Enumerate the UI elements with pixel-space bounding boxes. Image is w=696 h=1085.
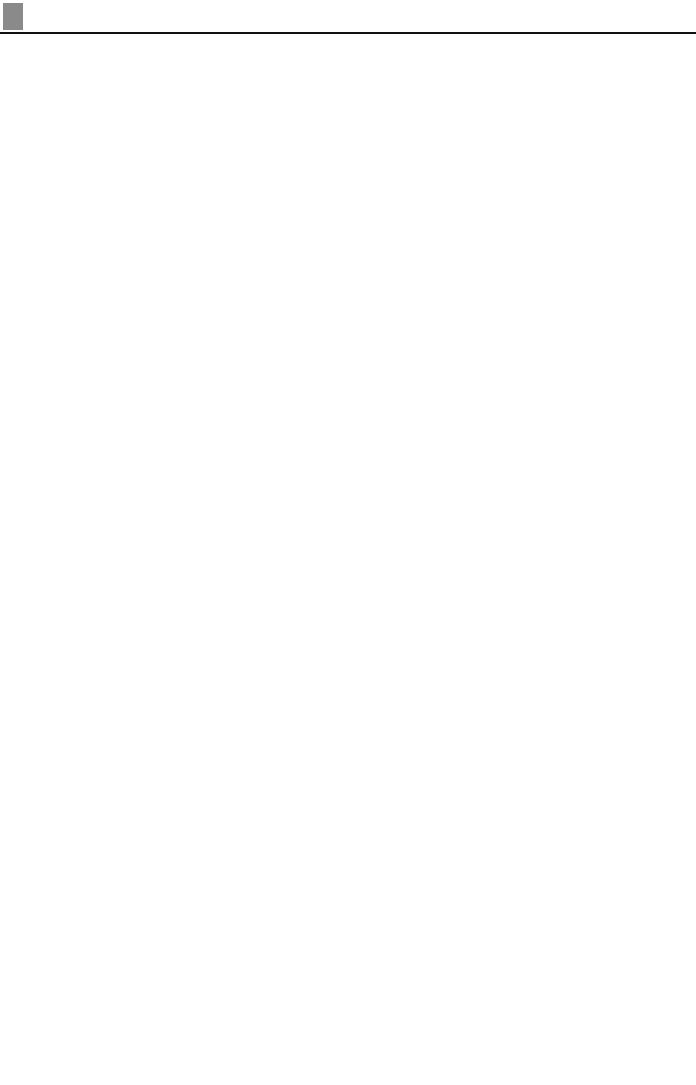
page-number-badge [3,3,23,30]
column-5-wrapper [343,37,451,1077]
masthead [0,0,696,34]
column-2 [117,37,225,1077]
column-1 [4,37,112,1077]
top-rule-divider [0,32,696,34]
column-3 [230,37,338,1077]
